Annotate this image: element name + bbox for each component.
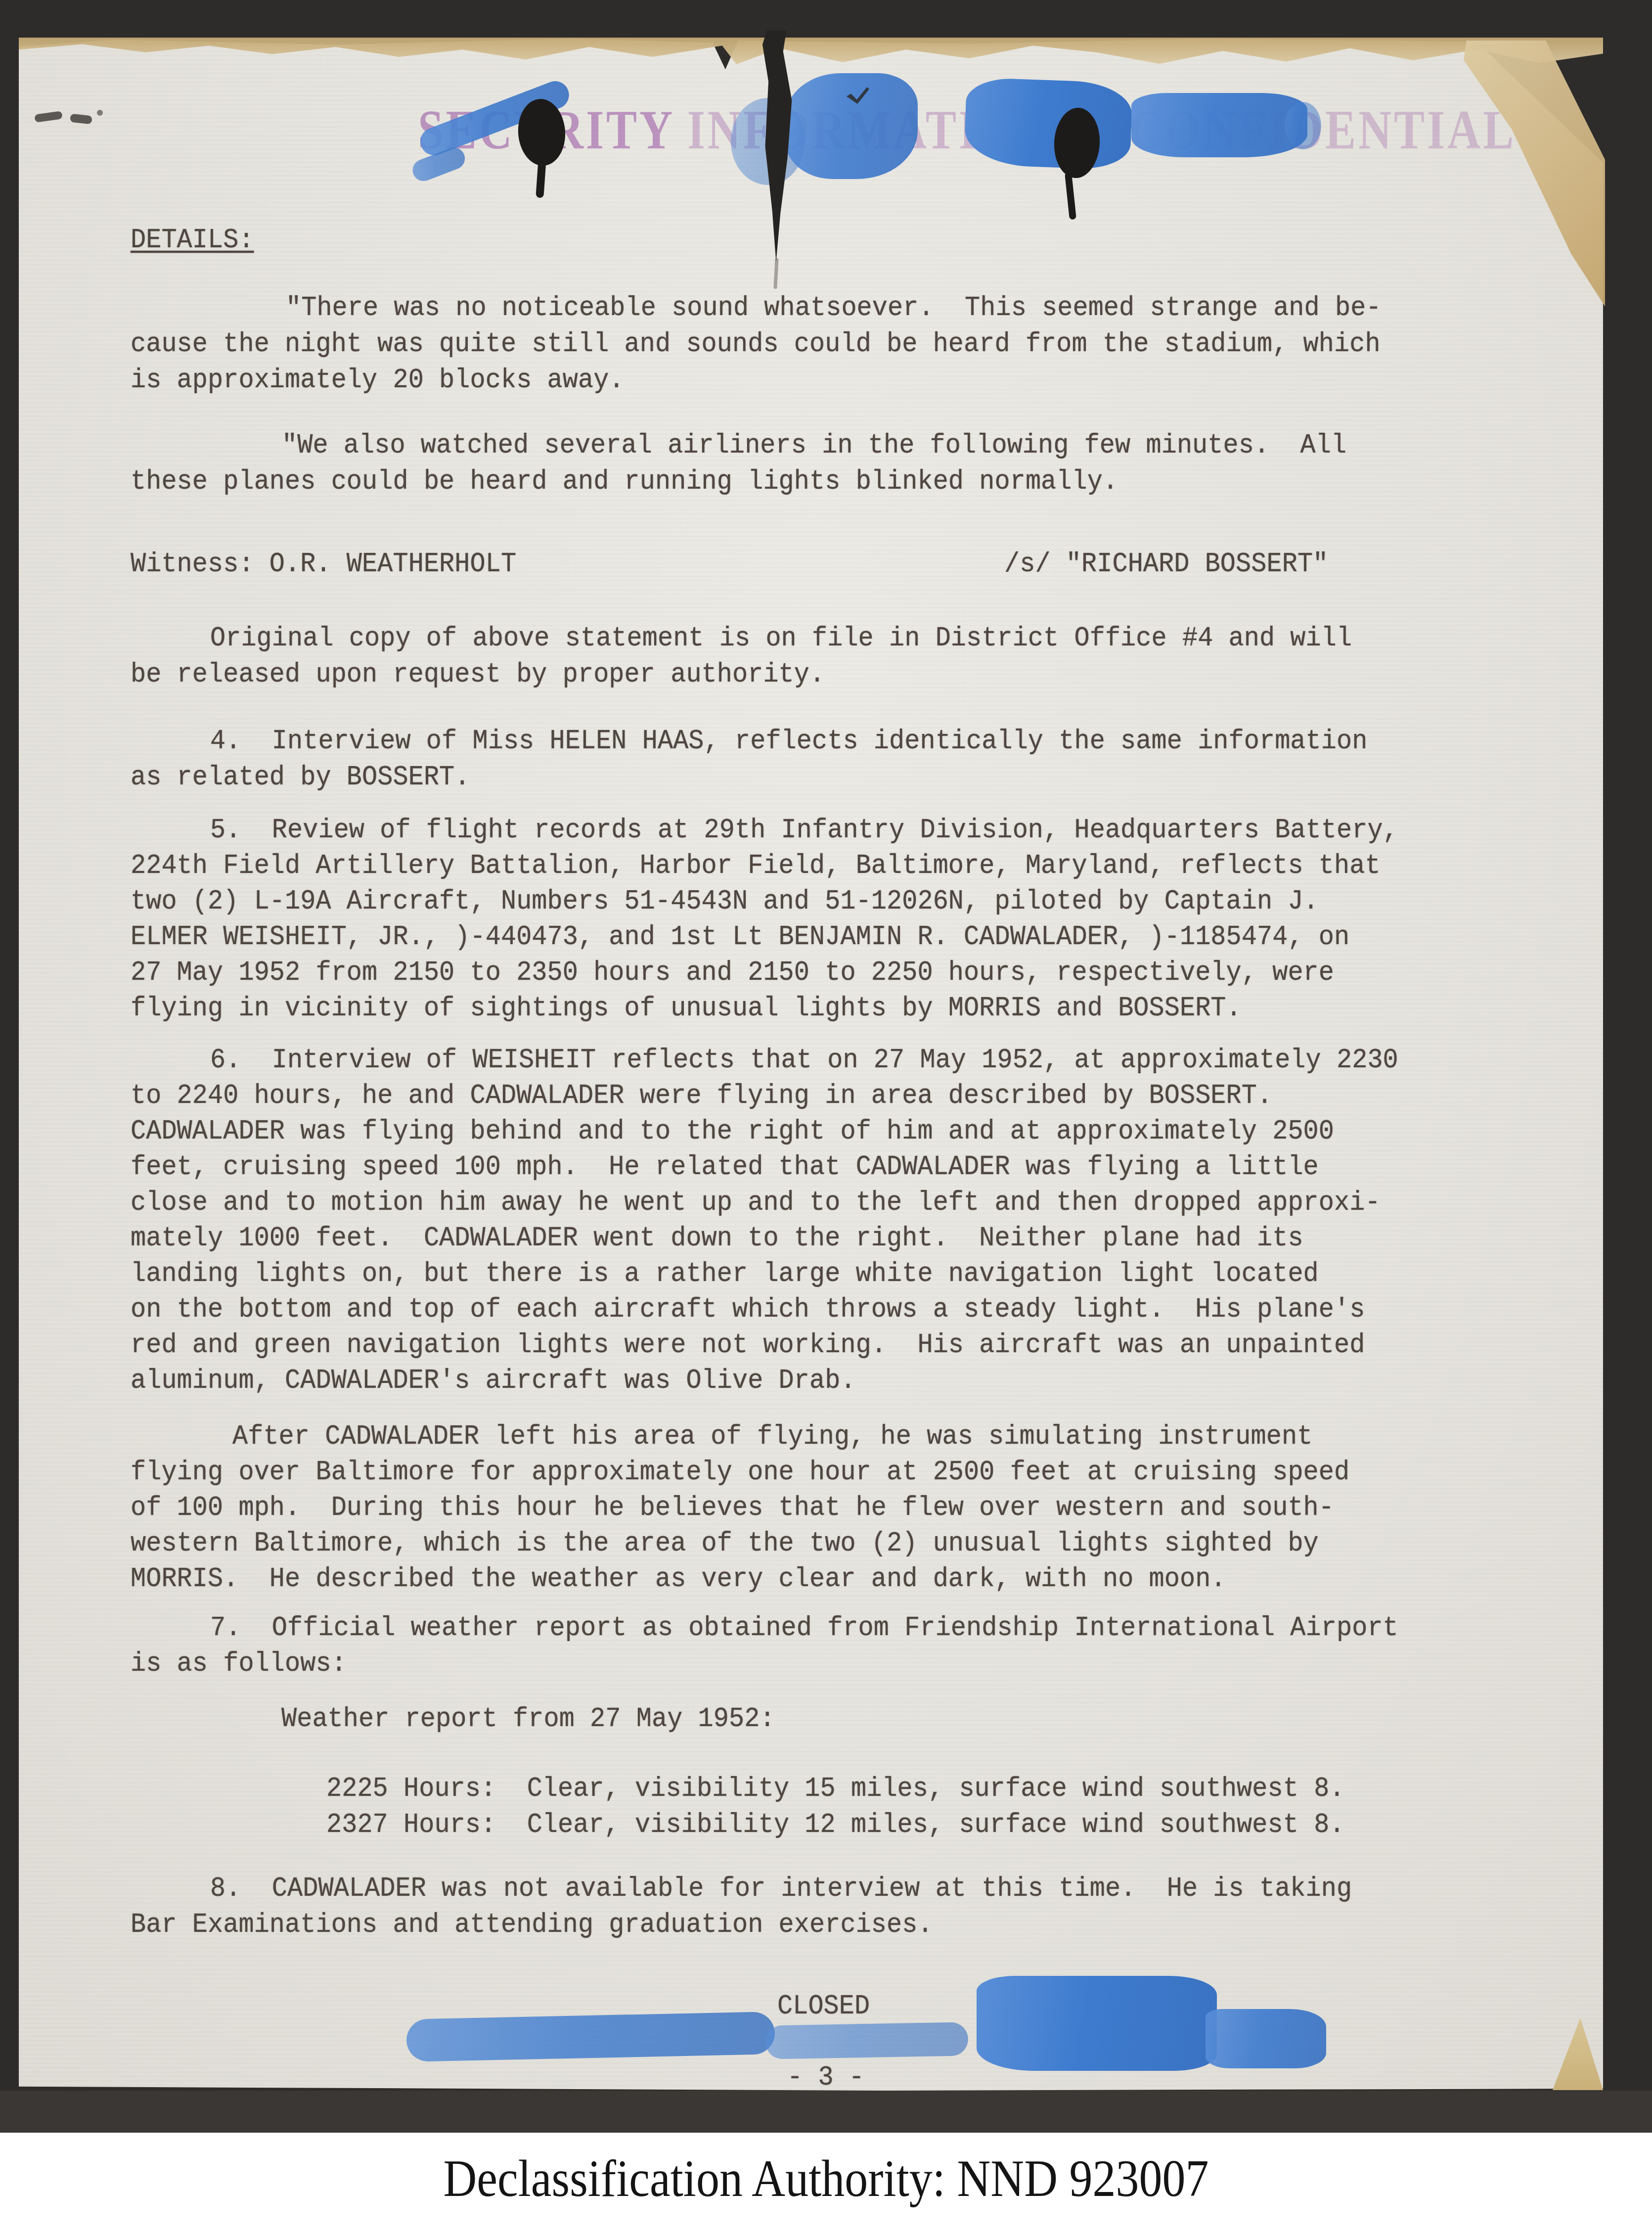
page-number: - 3 - bbox=[787, 2062, 864, 2093]
typewritten-line: landing lights on, but there is a rather… bbox=[131, 1259, 1319, 1289]
typewritten-line: flying in vicinity of sightings of unusu… bbox=[131, 993, 1242, 1023]
details-heading: DETAILS: bbox=[131, 225, 254, 255]
scanned-document-photo: SECURITY INFORMATION — CONFIDENTIAL DETA… bbox=[0, 0, 1652, 2238]
typewritten-line: "There was no noticeable sound whatsoeve… bbox=[286, 293, 1382, 323]
typewritten-line: 2327 Hours: Clear, visibility 12 miles, … bbox=[326, 1810, 1345, 1840]
typewritten-line: cause the night was quite still and soun… bbox=[131, 329, 1381, 359]
typewritten-line: CADWALADER was flying behind and to the … bbox=[131, 1116, 1334, 1146]
declassification-footer: Declassification Authority: NND 923007 bbox=[0, 2133, 1652, 2238]
typewritten-line: Bar Examinations and attending graduatio… bbox=[131, 1910, 933, 1940]
typewritten-line: these planes could be heard and running … bbox=[131, 466, 1118, 497]
typewritten-line: feet, cruising speed 100 mph. He related… bbox=[131, 1152, 1319, 1182]
typewritten-line: to 2240 hours, he and CADWALADER were fl… bbox=[131, 1081, 1272, 1111]
typewritten-line: 2225 Hours: Clear, visibility 15 miles, … bbox=[326, 1774, 1345, 1804]
typewritten-line: is as follows: bbox=[131, 1648, 347, 1679]
typewritten-line: 8. CADWALADER was not available for inte… bbox=[210, 1873, 1352, 1904]
typewritten-line: as related by BOSSERT. bbox=[131, 762, 470, 792]
typewritten-line: Weather report from 27 May 1952: bbox=[281, 1704, 775, 1734]
typewritten-line: of 100 mph. During this hour he believes… bbox=[131, 1493, 1334, 1523]
typewritten-line: is approximately 20 blocks away. bbox=[131, 365, 625, 395]
typewritten-line: mately 1000 feet. CADWALADER went down t… bbox=[131, 1223, 1303, 1253]
typewritten-line: on the bottom and top of each aircraft w… bbox=[131, 1294, 1365, 1325]
signature-line: /s/ "RICHARD BOSSERT" bbox=[1004, 549, 1328, 579]
typewritten-line: MORRIS. He described the weather as very… bbox=[131, 1564, 1226, 1594]
typewritten-line: 4. Interview of Miss HELEN HAAS, reflect… bbox=[210, 726, 1367, 756]
closed-status-label: CLOSED bbox=[777, 1991, 870, 2021]
typewritten-line: flying over Baltimore for approximately … bbox=[131, 1457, 1349, 1487]
typewritten-line: aluminum, CADWALADER's aircraft was Oliv… bbox=[131, 1366, 856, 1396]
typewritten-line: 6. Interview of WEISHEIT reflects that o… bbox=[210, 1045, 1398, 1075]
typewritten-text-layer: DETAILS:"There was no noticeable sound w… bbox=[0, 0, 1652, 2238]
typewritten-line: After CADWALADER left his area of flying… bbox=[232, 1421, 1312, 1452]
witness-line: Witness: O.R. WEATHERHOLT bbox=[131, 549, 516, 579]
typewritten-line: red and green navigation lights were not… bbox=[131, 1330, 1365, 1360]
typewritten-line: 27 May 1952 from 2150 to 2350 hours and … bbox=[131, 958, 1334, 988]
typewritten-line: 7. Official weather report as obtained f… bbox=[210, 1613, 1398, 1643]
typewritten-line: be released upon request by proper autho… bbox=[131, 659, 825, 689]
declassification-authority-text: Declassification Authority: NND 923007 bbox=[0, 2150, 1652, 2208]
typewritten-line: ELMER WEISHEIT, JR., )-440473, and 1st L… bbox=[131, 922, 1349, 952]
typewritten-line: close and to motion him away he went up … bbox=[131, 1188, 1381, 1218]
typewritten-line: 224th Field Artillery Battalion, Harbor … bbox=[131, 851, 1381, 881]
typewritten-line: two (2) L-19A Aircraft, Numbers 51-4543N… bbox=[131, 886, 1319, 916]
typewritten-line: Original copy of above statement is on f… bbox=[210, 623, 1352, 653]
typewritten-line: 5. Review of flight records at 29th Infa… bbox=[210, 815, 1398, 845]
typewritten-line: "We also watched several airliners in th… bbox=[282, 430, 1346, 460]
typewritten-line: western Baltimore, which is the area of … bbox=[131, 1528, 1319, 1558]
